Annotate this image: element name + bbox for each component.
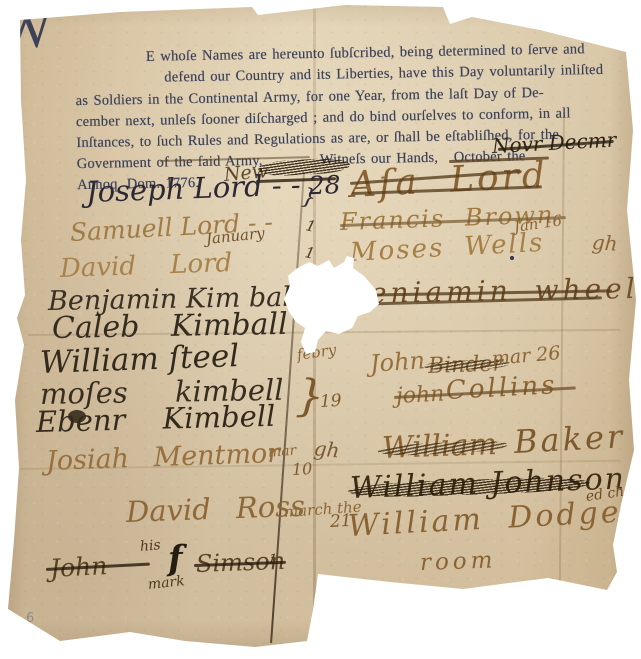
annotation-josiah-gh: gh <box>313 438 341 461</box>
signature-david-ross: David Ross <box>125 492 305 527</box>
annotation-josiah-date: mar <box>267 444 296 460</box>
signature-william-baker-last: Baker <box>513 420 626 458</box>
printed-line-2: defend our Country and its Liberties, ha… <box>164 62 603 87</box>
mark-label-mark: mark <box>147 574 185 592</box>
signature-josiah-mentmor: Josiah Mentmor <box>46 440 281 475</box>
mark-label-his: his <box>139 538 161 554</box>
annotation-19: 19 <box>320 393 343 411</box>
signature-caleb-kimball: Caleb Kimball <box>52 310 288 344</box>
dropcap-W: W <box>0 0 53 57</box>
signature-ebenezer-kimbell: Ebenr Kimbell <box>36 402 276 437</box>
pencil-number: 6 <box>26 612 34 625</box>
printed-line-1: E whoſe Names are hereunto ſubſcribed, b… <box>146 41 585 66</box>
document-paper: W E whoſe Names are hereunto ſubſcribed,… <box>0 0 641 659</box>
photo-of-document: W E whoſe Names are hereunto ſubſcribed,… <box>0 0 641 659</box>
mark-letter-f: f <box>167 541 183 575</box>
signature-david-lord: David Lord <box>60 250 233 282</box>
annotation-wells-gh: gh <box>591 232 618 254</box>
annotation-room: room <box>420 549 497 575</box>
signature-john-binder-first: John <box>369 348 426 376</box>
ink-dot-blue <box>510 256 514 260</box>
annotation-josiah-day: 10 <box>292 461 313 478</box>
